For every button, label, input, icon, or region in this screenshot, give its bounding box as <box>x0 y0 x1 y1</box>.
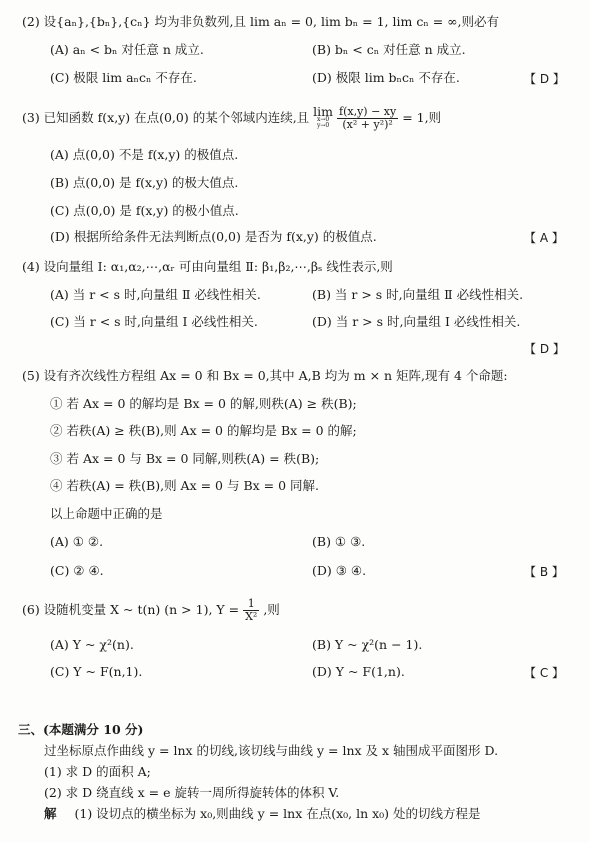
section3-part-2: (2) 求 D 绕直线 x = e 旋转一周所得旋转体的体积 V. <box>44 785 339 801</box>
q3-answer: 【 A 】 <box>524 229 564 246</box>
q3-limit: lim x→0 y→0 <box>313 106 333 129</box>
q5-option-b: (B) ① ③. <box>312 534 365 550</box>
q5-proposition-3: ③ 若 Ax = 0 与 Bx = 0 同解,则秩(A) = 秩(B); <box>50 451 319 467</box>
q6-option-b: (B) Y ~ χ²(n − 1). <box>312 637 422 653</box>
q4-stem: (4) 设向量组 Ⅰ: α₁,α₂,⋯,αᵣ 可由向量组 Ⅱ: β₁,β₂,⋯,… <box>22 259 393 275</box>
q6-stem: (6) 设随机变量 X ~ t(n) (n > 1), Y = 1 X² ,则 <box>22 598 280 623</box>
q6-option-c: (C) Y ~ F(n,1). <box>50 664 142 680</box>
q3-stem-suffix: = 1,则 <box>402 110 441 125</box>
q5-proposition-1: ① 若 Ax = 0 的解均是 Bx = 0 的解,则秩(A) ≥ 秩(B); <box>50 396 357 412</box>
section3-problem-text: 过坐标原点作曲线 y = lnx 的切线,该切线与曲线 y = lnx 及 x … <box>44 743 498 759</box>
q4-option-c: (C) 当 r < s 时,向量组 Ⅰ 必线性相关. <box>50 314 258 330</box>
section3-part-1: (1) 求 D 的面积 A; <box>44 764 151 780</box>
q3-fraction-denominator: (x² + y²)² <box>337 119 398 131</box>
q3-option-c: (C) 点(0,0) 是 f(x,y) 的极小值点. <box>50 203 239 219</box>
q2-option-d: (D) 极限 lim bₙcₙ 不存在. <box>312 70 460 86</box>
q5-proposition-2: ② 若秩(A) ≥ 秩(B),则 Ax = 0 的解均是 Bx = 0 的解; <box>50 423 357 439</box>
q4-option-b: (B) 当 r > s 时,向量组 Ⅱ 必线性相关. <box>312 287 523 303</box>
q6-option-d: (D) Y ~ F(1,n). <box>312 664 405 680</box>
q6-option-a: (A) Y ~ χ²(n). <box>50 637 134 653</box>
q4-answer: 【 D 】 <box>524 340 565 357</box>
section3-solution-text: (1) 设切点的横坐标为 x₀,则曲线 y = lnx 在点(x₀, ln x₀… <box>75 806 481 821</box>
q6-answer: 【 C 】 <box>524 664 564 681</box>
q3-option-b: (B) 点(0,0) 是 f(x,y) 的极大值点. <box>50 175 238 191</box>
q6-stem-prefix: (6) 设随机变量 X ~ t(n) (n > 1), Y = <box>22 602 243 617</box>
q2-answer: 【 D 】 <box>524 70 565 87</box>
q3-stem: (3) 已知函数 f(x,y) 在点(0,0) 的某个邻域内连续,且 lim x… <box>22 106 441 131</box>
q3-option-a: (A) 点(0,0) 不是 f(x,y) 的极值点. <box>50 147 238 163</box>
q5-proposition-4: ④ 若秩(A) = 秩(B),则 Ax = 0 与 Bx = 0 同解. <box>50 478 319 494</box>
q5-option-d: (D) ③ ④. <box>312 563 366 579</box>
q6-fraction-denominator: X² <box>243 611 259 623</box>
q5-stem: (5) 设有齐次线性方程组 Ax = 0 和 Bx = 0,其中 A,B 均为 … <box>22 368 508 384</box>
q3-limit-sub-y: y→0 <box>313 123 333 129</box>
q6-fraction: 1 X² <box>243 598 259 623</box>
q5-prompt: 以上命题中正确的是 <box>50 506 163 522</box>
q5-option-a: (A) ① ②. <box>50 534 103 550</box>
q3-stem-prefix: (3) 已知函数 f(x,y) 在点(0,0) 的某个邻域内连续,且 <box>22 110 309 125</box>
q2-option-c: (C) 极限 lim aₙcₙ 不存在. <box>50 70 197 86</box>
q4-option-d: (D) 当 r > s 时,向量组 Ⅰ 必线性相关. <box>312 314 520 330</box>
q3-fraction: f(x,y) − xy (x² + y²)² <box>337 106 398 131</box>
q2-stem: (2) 设{aₙ},{bₙ},{cₙ} 均为非负数列,且 lim aₙ = 0,… <box>22 14 499 30</box>
q3-option-d: (D) 根据所给条件无法判断点(0,0) 是否为 f(x,y) 的极值点. <box>50 229 377 245</box>
q2-option-a: (A) aₙ < bₙ 对任意 n 成立. <box>50 42 204 58</box>
q2-option-b: (B) bₙ < cₙ 对任意 n 成立. <box>312 42 466 58</box>
q5-answer: 【 B 】 <box>524 563 564 580</box>
section3-solution: 解 (1) 设切点的横坐标为 x₀,则曲线 y = lnx 在点(x₀, ln … <box>44 806 481 822</box>
section3-heading: 三、(本题满分 10 分) <box>18 722 143 738</box>
q4-option-a: (A) 当 r < s 时,向量组 Ⅱ 必线性相关. <box>50 287 261 303</box>
section3-solution-label: 解 <box>44 806 57 821</box>
q6-stem-suffix: ,则 <box>263 602 279 617</box>
q5-option-c: (C) ② ④. <box>50 563 104 579</box>
